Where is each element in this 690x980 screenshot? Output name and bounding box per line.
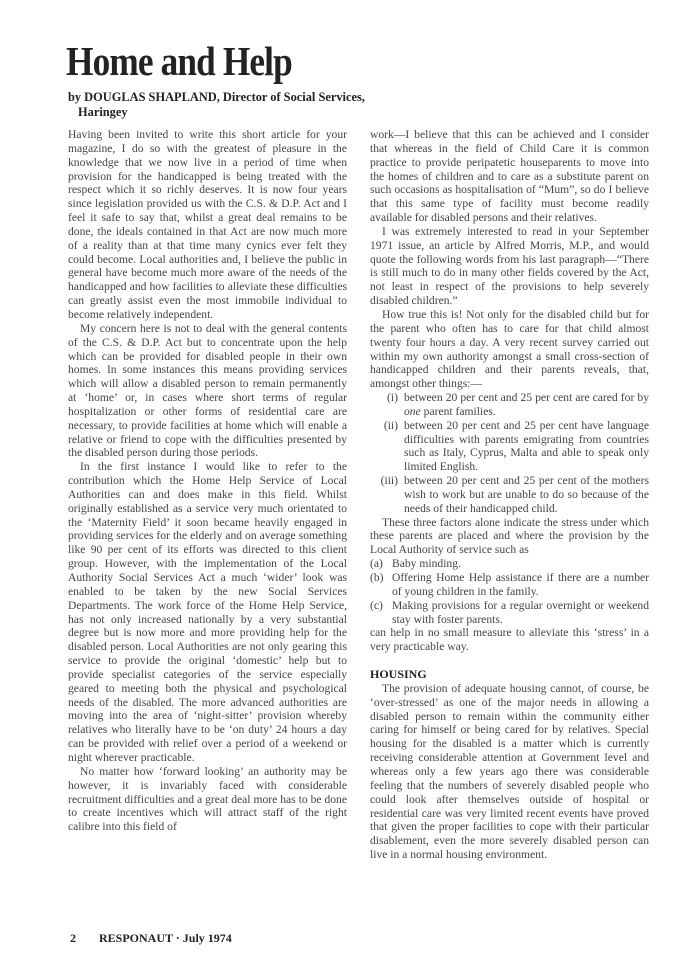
finding-text: between 20 per cent and 25 per cent are … <box>404 391 649 404</box>
service-item: (a) Baby minding. <box>370 557 649 571</box>
list-marker: (c) <box>370 599 392 627</box>
survey-finding: (ii) between 20 per cent and 25 per cent… <box>370 419 649 474</box>
service-text: Offering Home Help assistance if there a… <box>392 571 649 599</box>
paragraph-intro: Having been invited to write this short … <box>68 128 347 322</box>
section-heading-housing: HOUSING <box>370 668 649 682</box>
right-column: work—I believe that this can be achieved… <box>370 128 649 862</box>
list-marker: (ii) <box>370 419 404 474</box>
paragraph-factors: These three factors alone indicate the s… <box>370 516 649 558</box>
service-item: (c) Making provisions for a regular over… <box>370 599 649 627</box>
list-marker: (b) <box>370 571 392 599</box>
page-number: 2 <box>70 931 76 945</box>
list-marker: (i) <box>370 391 404 419</box>
publication-info: RESPONAUT · July 1974 <box>99 931 232 945</box>
service-text: Baby minding. <box>392 557 649 571</box>
left-column: Having been invited to write this short … <box>68 128 347 834</box>
list-marker: (iii) <box>370 474 404 516</box>
page-footer: 2 RESPONAUT · July 1974 <box>70 931 232 946</box>
finding-text-end: parent families. <box>421 405 496 418</box>
emphasis-text: one <box>404 405 421 418</box>
paragraph-continuation: work—I believe that this can be achieved… <box>370 128 649 225</box>
paragraph-home-help: In the first instance I would like to re… <box>68 460 347 765</box>
article-title: Home and Help <box>66 38 292 84</box>
service-item: (b) Offering Home Help assistance if the… <box>370 571 649 599</box>
finding-text: between 20 per cent and 25 per cent of t… <box>404 474 649 516</box>
finding-text: between 20 per cent and 25 per cent have… <box>404 419 649 474</box>
paragraph-quote: I was extremely interested to read in yo… <box>370 225 649 308</box>
list-marker: (a) <box>370 557 392 571</box>
survey-finding: (i) between 20 per cent and 25 per cent … <box>370 391 649 419</box>
service-text: Making provisions for a regular overnigh… <box>392 599 649 627</box>
paragraph-survey: How true this is! Not only for the disab… <box>370 308 649 391</box>
paragraph-recruitment: No matter how ‘forward looking’ an autho… <box>68 765 347 834</box>
paragraph-housing: The provision of adequate housing cannot… <box>370 682 649 862</box>
paragraph-conclusion: can help in no small measure to alleviat… <box>370 626 649 654</box>
paragraph-concern: My concern here is not to deal with the … <box>68 322 347 460</box>
byline: by DOUGLAS SHAPLAND, Director of Social … <box>68 90 368 120</box>
survey-finding: (iii) between 20 per cent and 25 per cen… <box>370 474 649 516</box>
